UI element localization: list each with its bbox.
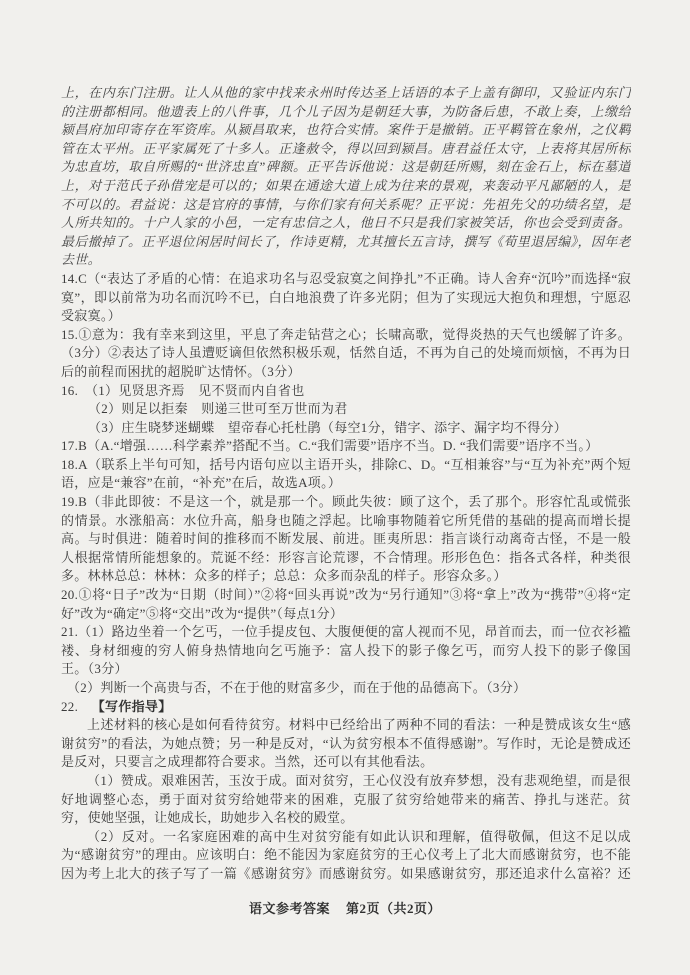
q22-intro-paragraph: 上述材料的核心是如何看待贫穷。材料中已经给出了两种不同的看法：一种是赞成该女生“… [61, 716, 631, 772]
page-footer: 语文参考答案第2页（共2页） [0, 898, 690, 917]
q22-viewpoint-2: （2）反对。一名家庭困难的高中生对贫穷能有如此认识和理解，值得敬佩，但这不足以成… [61, 828, 631, 884]
answer-q16-line1: 16. （1）见贤思齐焉 见不贤而内自省也 [61, 382, 631, 401]
q22-number: 22. [61, 699, 78, 714]
answer-q15: 15.①意为：我有幸来到这里，平息了奔走钻营之心；长啸高歌，觉得炎热的天气也缓解… [61, 326, 631, 382]
answer-q17: 17.B（A.“增强……科学素养”搭配不当。C.“我们需要”语序不当。D. “我… [61, 437, 631, 456]
q22-writing-guide-heading: 【写作指导】 [92, 699, 172, 714]
translation-paragraph: 上，在内东门注册。让人从他的家中找来永州时传达圣上话语的本子上盖有御印，又验证内… [61, 84, 631, 270]
answer-q21-part1: 21.（1）路边坐着一个乞丐，一位手提皮包、大腹便便的富人视而不见，昂首而去，而… [61, 623, 631, 679]
answer-q21-part2: （2）判断一个高贵与否，不在于他的财富多少，而在于他的品德高下。（3分） [61, 679, 631, 698]
scanned-answer-sheet-page: 上，在内东门注册。让人从他的家中找来永州时传达圣上话语的本子上盖有御印，又验证内… [0, 0, 690, 975]
answer-q16-line3: （3）庄生晓梦迷蝴蝶 望帝春心托杜鹃（每空1分，错字、添字、漏字均不得分） [61, 419, 631, 438]
answer-q16-line2: （2）则足以拒秦 则递三世可至万世而为君 [61, 400, 631, 419]
answer-q20: 20.①将“日子”改为“日期（时间）”②将“回头再说”改为“另行通知”③将“拿上… [61, 586, 631, 623]
answer-content: 上，在内东门注册。让人从他的家中找来永州时传达圣上话语的本子上盖有御印，又验证内… [61, 84, 631, 884]
footer-page-number: 第2页（共2页） [346, 901, 441, 916]
answer-q19: 19.B（非此即彼：不是这一个，就是那一个。顾此失彼：顾了这个，丢了那个。形容忙… [61, 493, 631, 586]
answer-q22-heading-row: 22. 【写作指导】 [61, 698, 631, 717]
q22-viewpoint-1: （1）赞成。艰难困苦，玉汝于成。面对贫穷，王心仪没有放弃梦想，没有悲观绝望，而是… [61, 772, 631, 828]
answer-q18: 18.A（联系上半句可知，括号内语句应以主语开头，排除C、D。“互相兼容”与“互… [61, 456, 631, 493]
answer-q14: 14.C（“表达了矛盾的心情：在追求功名与忍受寂寞之间挣扎”不正确。诗人舍弃“沉… [61, 270, 631, 326]
footer-document-title: 语文参考答案 [249, 901, 330, 916]
